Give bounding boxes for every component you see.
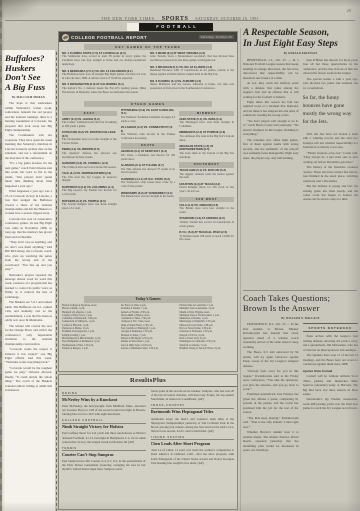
notebook-label: SPORTS NOTEBOOK: [303, 323, 359, 331]
game-listing: NO. 9 NEBRASKA (7-0-1) VS. NO. 12 COLORA…: [62, 70, 146, 81]
brown-paragraph: PROVIDENCE, R.I., Oct. 25 — In his first…: [243, 322, 299, 349]
column-rule-dashed: [56, 52, 57, 511]
notebook-paragraph: Cornell will be without tailback Scott O…: [303, 374, 359, 396]
results-columns: BOXING McNeeley Wins by a Knockout Peter…: [59, 387, 237, 509]
game-listing: ALABAMA (6-1) AT TULANE (0-7) The Tide d…: [121, 164, 176, 175]
masthead-paper-name: The New York Times: [101, 16, 155, 21]
jets-paragraph: Still, the Jets have not beaten a team w…: [303, 132, 359, 150]
game-listing: CLEMSON (4-1-1) AT N.C. STATE (5-2) The …: [121, 178, 176, 189]
report-date-tag: Saturday, October 26: [199, 35, 234, 40]
game-listing: NO. 5 WASHINGTON (6-0) AT CALIFORNIA (5-…: [62, 83, 146, 94]
jets-paragraph: But the defense is young and fast, the k…: [303, 184, 359, 202]
game-summary: Gino Torretta faces a Mountaineer second…: [150, 55, 234, 63]
game-listing: B.Y.U. (5-3) AT TEXAS-EL PASO (2-5) Ty D…: [179, 231, 234, 242]
left-story-paragraph: Nebraska’s players repeated the message …: [5, 273, 52, 300]
game-listing: NO. 2 MIAMI (6-0) AT WEST VIRGINIA (4-3)…: [150, 52, 234, 63]
game-summary: The loser sinks to the bottom of the Big…: [179, 152, 234, 160]
column-rule: [240, 28, 241, 511]
game-summary: The Hawkeyes have won three straight in …: [179, 121, 234, 129]
game-summary: The Buffaloes have won 14 straight Big E…: [62, 73, 146, 81]
results-col-1: BOXING McNeeley Wins by a Knockout Peter…: [62, 389, 146, 507]
results-item-headline: Ninth Straight Victory for Hofstra: [62, 425, 146, 430]
game-summary: The Bruins have won four straight in the…: [179, 207, 234, 215]
game-summary: The Wolfpack’s only losses have come by …: [121, 181, 176, 189]
game-listing: HARVARD (3-2) VS. CORNELL (2-3) The Crim…: [62, 162, 117, 169]
game-listing: TEXAS A&M (5-1) VS. BAYLOR (5-2) The Agg…: [179, 169, 234, 180]
game-listing: YALE (4-1) VS. NORTHEASTERN (2-4) The El…: [62, 172, 117, 183]
game-listing: ARMY (2-4) VS. LEHIGH (5-2) The Cadets’ …: [62, 118, 117, 129]
jets-headline-line-1: A Respectable Season,: [243, 28, 358, 39]
game-summary: Shane Matthews and the Gators, unbeaten …: [150, 83, 234, 91]
jets-pull-quote: So far, the funny bounces have gone most…: [303, 95, 359, 127]
key-games-col-2: NO. 2 MIAMI (6-0) AT WEST VIRGINIA (4-3)…: [150, 52, 234, 97]
brown-story: Coach Takes Questions; Brown Is the Answ…: [243, 294, 358, 510]
jets-paragraph: The special teams, a ruin a year ago, ha…: [303, 77, 359, 90]
game-listing: NO. 4 MICHIGAN (5-1) VS. NO. 18 ILLINOIS…: [150, 66, 234, 77]
game-summary: The Seminoles have scored at least 38 po…: [62, 55, 146, 67]
game-listing: MINNESOTA (2-4) AT PURDUE (3-3) Two defe…: [179, 131, 234, 142]
brown-notebook: SPORTS NOTEBOOK Penn arrives with the le…: [303, 322, 359, 505]
game-summary: The Big Green’s Jay Fiedler has thrown f…: [62, 189, 117, 197]
left-story-byline: By MALCOLM MORAN: [5, 96, 52, 99]
results-item-body: Paul Gaffney threw for 212 yards and thr…: [62, 431, 146, 444]
results-item-headline: Chen Leads After Short Program: [151, 442, 235, 447]
game-listing: PITTSBURGH (5-3) VS. EAST CAROLINA (5-1)…: [121, 109, 176, 124]
jets-col-2: Ken O’Brien has thrown for more yards th…: [303, 58, 359, 286]
jets-paragraph: “We have played well enough to be 6-2,” …: [243, 119, 299, 137]
todays-games-col-1: Boston College at Syracuse, noon Brown a…: [62, 304, 117, 363]
game-summary: The Elis lead the Ivy League in turnover…: [62, 176, 117, 184]
game-listing: GEORGIA (6-1) AT KENTUCKY (3-4) Eric Zei…: [121, 150, 176, 161]
results-item: CROSS-COUNTRY Dartmouth Wins Heptagonal …: [151, 404, 235, 433]
results-item: BOXING McNeeley Wins by a Knockout Peter…: [62, 392, 146, 417]
other-games-col-3: MIDWEST OHIO STATE (5-1) VS. IOWA (5-1) …: [179, 109, 234, 292]
game-summary: Tommy Vardell has scored 14 touchdowns i…: [179, 221, 234, 229]
story-divider-rule: [243, 290, 357, 291]
game-summary: The Tide defense has allowed 37 points i…: [121, 168, 176, 176]
brown-columns: PROVIDENCE, R.I., Oct. 25 — In his first…: [243, 322, 358, 505]
left-story-paragraph: “It’s a big game because it’s the next g…: [5, 161, 52, 188]
other-games-col-1: EAST ARMY (2-4) VS. LEHIGH (5-2) The Cad…: [62, 109, 117, 292]
results-item: FIGURE SKATING Chen Leads After Short Pr…: [151, 436, 235, 465]
region-bar-farwest: FAR WEST: [179, 197, 234, 203]
left-story-paragraph: The hope is that somewhere within Nebras…: [5, 101, 52, 132]
game-listing: STANFORD (4-3) AT ARIZONA (2-5) Tommy Va…: [179, 217, 234, 228]
todays-games-col-2: Air Force at Utah, 4 p.m. Alabama at Tul…: [121, 304, 176, 363]
jets-byline: By GERALD ESKENAZI: [243, 52, 358, 55]
jets-paragraph: Eight times this season the ball has squ…: [243, 100, 299, 118]
report-header: COLLEGE FOOTBALL REPORT Saturday, Octobe…: [59, 32, 237, 42]
game-listing: UCLA (4-3) VS. OREGON (3-4) The Bruins h…: [179, 204, 234, 215]
todays-games-col-3: Florida State at Louisville, 7 p.m. Memp…: [179, 304, 234, 363]
game-summary: The Aggies’ defense leads the nation aga…: [179, 173, 234, 181]
left-story-paragraph: The winner will control the race for the…: [5, 324, 52, 346]
results-sport-label: BOXING: [62, 392, 146, 397]
key-games-col-1: NO. 1 FLORIDA STATE (7-0) AT LOUISVILLE …: [62, 52, 146, 97]
brown-paragraph: Whether Brown’s alumni trust it is anoth…: [243, 430, 299, 452]
brown-headline-line-2: Brown Is the Answer: [243, 304, 358, 314]
game-listing: HOUSTON (3-3) AT TEXAS (3-2) David Kling…: [179, 183, 234, 194]
results-item-headline: Courier Can’t Stop Sampras: [62, 453, 146, 458]
game-summary: Two defenses that rank in the Big Ten’s …: [179, 135, 234, 143]
newspaper-page: The New York Times SPORTS Saturday, Octo…: [0, 0, 360, 511]
results-item-headline: Dartmouth Wins Heptagonal Titles: [151, 410, 235, 415]
brown-paragraph: Freshman quarterback Jose Fuentes has gi…: [243, 392, 299, 414]
brown-paragraph: The Bears, 0-5 and outscored by 94 point…: [243, 350, 299, 368]
game-listing: MISSISSIPPI (5-2) AT VANDERBILT (3-4) Th…: [121, 192, 176, 199]
game-summary: The Rebels have won six straight in the …: [121, 195, 176, 199]
jets-columns: HEMPSTEAD, L.I., Oct. 25 — In a National…: [243, 58, 358, 286]
brown-paragraph: “Nobody feels sorry for you in this leag…: [243, 369, 299, 391]
page-number: 29: [347, 8, 352, 13]
todays-games-zone: Boston College at Syracuse, noon Brown a…: [59, 303, 237, 365]
college-football-report-box: COLLEGE FOOTBALL REPORT Saturday, Octobe…: [58, 31, 238, 372]
jets-col-1: HEMPSTEAD, L.I., Oct. 25 — In a National…: [243, 58, 299, 286]
notebook-paragraph: The Quakers have won 11 of the last 12 m…: [303, 353, 359, 366]
section-label-stub: [127, 23, 139, 31]
brown-paragraph: “The kids keep playing,” Kwiatkowski sai…: [243, 416, 299, 429]
jets-paragraph: HEMPSTEAD, L.I., Oct. 25 — In a National…: [243, 58, 299, 80]
jets-paragraph: At 4-4, they reach the halfway point wit…: [243, 81, 299, 99]
results-item-body: Peter McNeeley, the heavyweight from Med…: [62, 404, 146, 417]
game-summary: David Klingler threw for 216 yards in la…: [179, 186, 234, 194]
jets-headline-line-2: In Just Eight Easy Steps: [243, 39, 358, 50]
results-plus-box: ResultsPlus BOXING McNeeley Wins by a Kn…: [58, 374, 238, 510]
game-summary: The Crimson have not lost at home this s…: [62, 166, 117, 170]
notebook-paragraph: Dartmouth’s Jay Fiedler, meanwhile, need…: [303, 397, 359, 410]
game-listing: RUTGERS (3-4) VS. TEMPLE (2-5) The Scarl…: [62, 200, 117, 211]
left-story-paragraph: The Huskers are 7-0-1 and ranked ninth. …: [5, 300, 52, 322]
results-item-body: Dartmouth swept the men’s and women’s te…: [151, 417, 235, 434]
results-item-body: Chen Lu of China, 14 years old, leads th…: [151, 448, 235, 465]
left-story-headline-line: A Big Fuss: [5, 83, 52, 93]
results-item: COLLEGE FOOTBALL Ninth Straight Victory …: [62, 419, 146, 444]
game-listing: PENN (4-1) VS. BROWN (0-5) The Quakers’ …: [62, 148, 117, 159]
game-listing: NO. 1 FLORIDA STATE (7-0) AT LOUISVILLE …: [62, 52, 146, 67]
other-games-col-2: PITTSBURGH (5-3) VS. EAST CAROLINA (5-1)…: [121, 109, 176, 292]
results-col-2: match point in the second-set tie breake…: [151, 389, 235, 507]
notebook-paragraph: Penn arrives with the league’s best rush…: [303, 334, 359, 352]
game-summary: Eric Zeier, a freshman, has thrown for 3…: [121, 154, 176, 162]
game-listing: SYRACUSE (6-2) VS. BOSTON COLLEGE (3-5) …: [62, 131, 117, 146]
results-sport-label: CROSS-COUNTRY: [151, 404, 235, 409]
game-summary: The Orangemen have won nine straight at …: [62, 138, 117, 146]
game-listing: NO. 6 FLORIDA (5-1) VS. AUBURN (4-3) Sha…: [150, 80, 234, 91]
jets-paragraph: “Funny bounces even out,” Coslet said. “…: [303, 151, 359, 164]
left-story-paragraph: “Colorado would be the toughest game we …: [5, 366, 52, 393]
other-games-zone: EAST ARMY (2-4) VS. LEHIGH (5-2) The Cad…: [59, 107, 237, 294]
masthead-section-name: SPORTS: [162, 16, 189, 22]
football-logo-icon: [62, 34, 69, 41]
game-summary: Desmond Howard, with 17 touchdowns in si…: [150, 69, 234, 77]
region-bar-midwest: MIDWEST: [179, 111, 234, 117]
game-summary: The Cadets’ wishbone leads the East in r…: [62, 121, 117, 129]
results-item-headline: McNeeley Wins by a Knockout: [62, 398, 146, 403]
jets-paragraph: Ken O’Brien has thrown for more yards th…: [303, 58, 359, 76]
results-sport-label: COLLEGE FOOTBALL: [62, 419, 146, 424]
results-plus-banner: ResultsPlus: [59, 375, 237, 387]
game-listing: DARTMOUTH (3-2) VS. COLUMBIA (1-4) The B…: [62, 186, 117, 197]
region-bar-east: EAST: [62, 111, 117, 117]
game-listing: VILLANOVA (4-2) VS. CONNECTICUT (3-3) Th…: [121, 126, 176, 141]
game-summary: The nation’s No. 1 defense meets the Pac…: [62, 87, 146, 95]
game-summary: The Scarlet Knights have lost three stra…: [62, 203, 117, 211]
jets-story: A Respectable Season, In Just Eight Easy…: [243, 28, 358, 288]
game-listing: MICHIGAN STATE (1-5) AT NORTHWESTERN (2-…: [179, 145, 234, 160]
key-games-zone: NO. 1 FLORIDA STATE (7-0) AT LOUISVILLE …: [59, 50, 237, 99]
results-item: TENNIS Courier Can’t Stop Sampras Pete S…: [62, 447, 146, 472]
game-listing: OHIO STATE (5-1) VS. IOWA (5-1) The Hawk…: [179, 118, 234, 129]
brown-byline: By WILLIAM N. WALLACE: [243, 317, 358, 320]
left-story-paragraph: The Cornhuskers will not cooperate. They…: [5, 133, 52, 160]
left-story-paragraph: “They don’t owe us anything, and we don’…: [5, 240, 52, 271]
left-story-paragraph: Colorado has won 14 consecutive conferen…: [5, 217, 52, 239]
report-title: COLLEGE FOOTBALL REPORT: [71, 35, 197, 40]
game-summary: The Quakers’ defense has allowed one tou…: [62, 152, 117, 160]
region-bar-southwest: SOUTHWEST: [179, 162, 234, 168]
region-bar-south: SOUTH: [121, 143, 176, 149]
left-story-paragraph: “Colorado wants the respect it believes …: [5, 347, 52, 365]
notebook-subhead: Injuries Slow Cornell: [303, 369, 359, 373]
section-label-strip: FOOTBALL: [127, 23, 213, 31]
left-story: Buffaloes?HuskersDon’t SeeA Big Fuss By …: [2, 50, 55, 511]
results-sport-label: FIGURE SKATING: [151, 436, 235, 441]
section-label: FOOTBALL: [139, 23, 213, 31]
masthead-date: Saturday, October 26, 1991: [195, 17, 259, 21]
brown-col-1: PROVIDENCE, R.I., Oct. 25 — In his first…: [243, 322, 299, 505]
game-summary: The Panthers’ freshman backfield average…: [121, 116, 176, 124]
game-summary: The Wildcats rank second in the Yankee C…: [121, 133, 176, 141]
left-story-paragraph: What happened a year ago was a 27-12 Col…: [5, 189, 52, 216]
results-item-body: Pete Sampras beat Jim Courier, 6-4, 6-7,…: [62, 459, 146, 472]
game-summary: Ty Detmer needs 188 yards to reach 13,00…: [179, 235, 234, 243]
results-continuation: match point in the second-set tie breake…: [151, 389, 235, 402]
jets-paragraph: The history of the franchise counsels ca…: [303, 165, 359, 183]
results-sport-label: TENNIS: [62, 447, 146, 452]
jets-paragraph: The schedule now offers eight games, fiv…: [243, 138, 299, 160]
